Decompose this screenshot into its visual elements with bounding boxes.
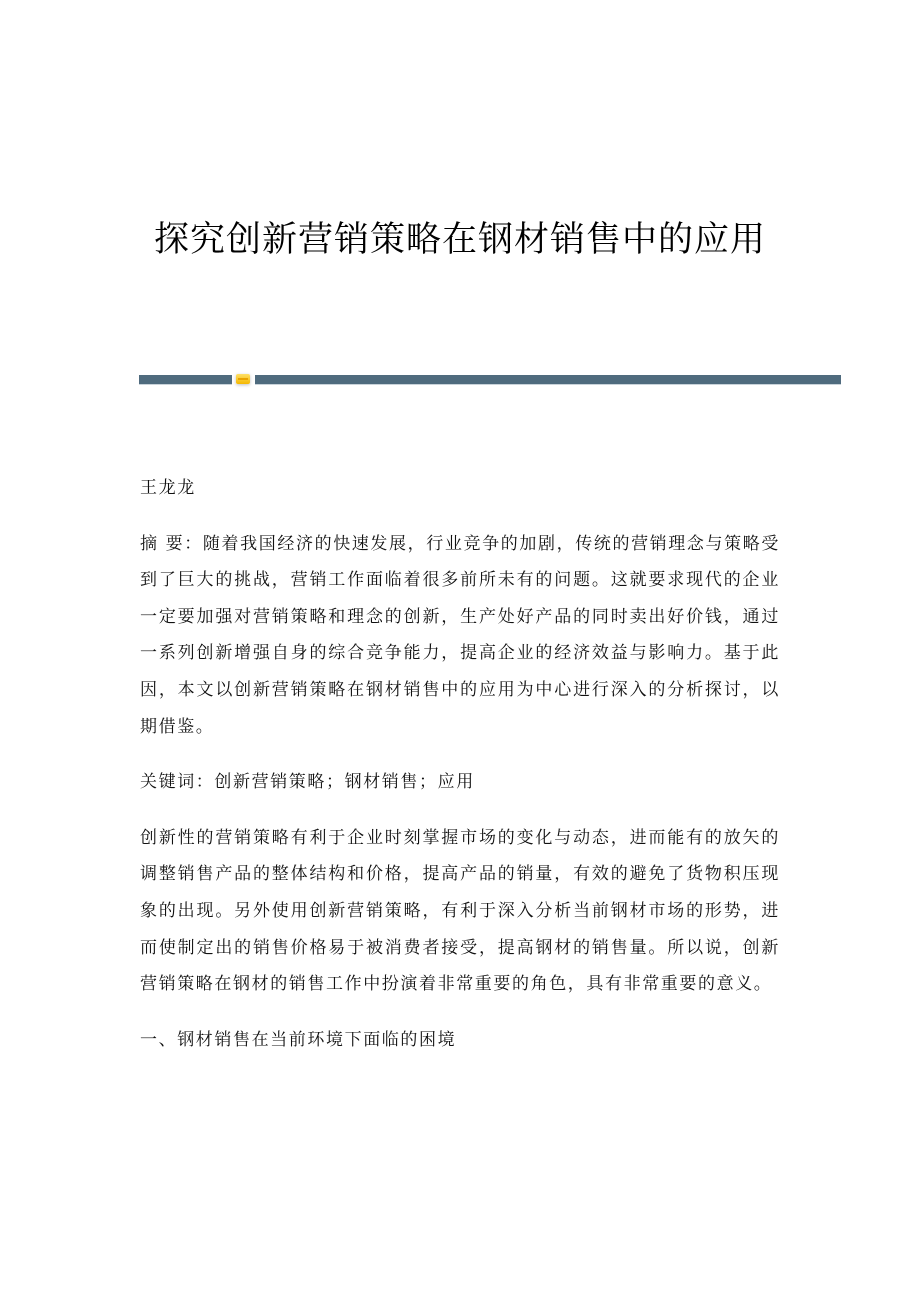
title-divider xyxy=(139,375,841,384)
author-name: 王龙龙 xyxy=(140,470,780,507)
abstract-paragraph: 摘 要：随着我国经济的快速发展，行业竞争的加剧，传统的营销理念与策略受到了巨大的… xyxy=(140,526,780,746)
document-body: 王龙龙 摘 要：随着我国经济的快速发展，行业竞争的加剧，传统的营销理念与策略受到… xyxy=(140,470,780,1077)
abstract-text: 随着我国经济的快速发展，行业竞争的加剧，传统的营销理念与策略受到了巨大的挑战，营… xyxy=(140,534,780,737)
keywords-text: 创新营销策略；钢材销售；应用 xyxy=(214,772,474,792)
divider-bar-right xyxy=(255,375,841,385)
keywords-label: 关键词： xyxy=(140,772,214,792)
divider-bar-left xyxy=(139,375,232,385)
document-title: 探究创新营销策略在钢材销售中的应用 xyxy=(0,215,920,265)
abstract-label: 摘 要： xyxy=(140,534,203,554)
envelope-ornament-icon xyxy=(236,374,250,384)
intro-paragraph: 创新性的营销策略有利于企业时刻掌握市场的变化与动态，进而能有的放矢的调整销售产品… xyxy=(140,820,780,1003)
keywords-paragraph: 关键词：创新营销策略；钢材销售；应用 xyxy=(140,764,780,801)
section-heading: 一、钢材销售在当前环境下面临的困境 xyxy=(140,1022,780,1059)
